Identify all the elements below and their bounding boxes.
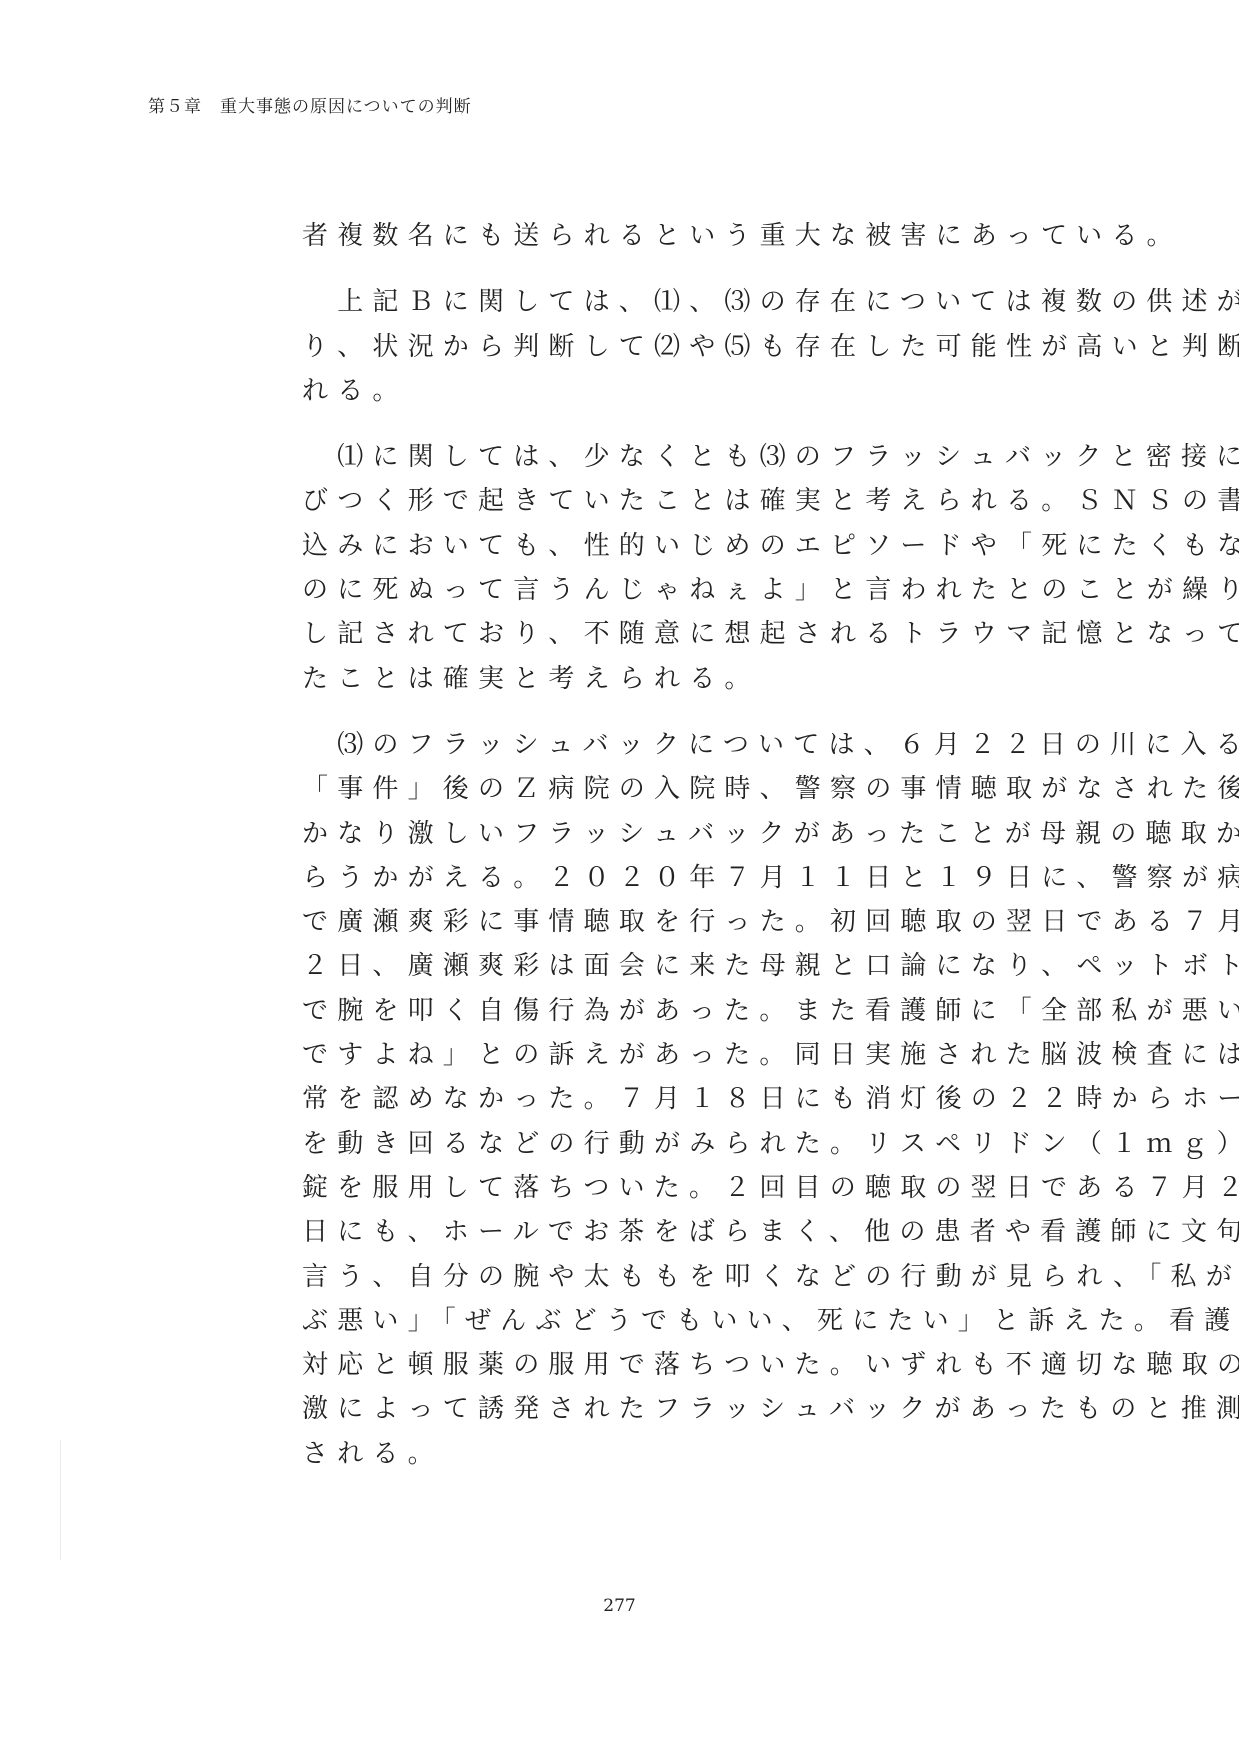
chapter-title: 重大事態の原因についての判断 — [220, 97, 472, 117]
running-header: 第５章重大事態の原因についての判断 — [148, 92, 472, 117]
text-line: れる。 — [302, 369, 1052, 413]
text-line: かなり激しいフラッシュバックがあったことが母親の聴取か — [302, 812, 1052, 856]
chapter-label: 第５章 — [148, 97, 202, 117]
text-line: ２日、廣瀬爽彩は面会に来た母親と口論になり、ペットボトル — [302, 944, 1052, 988]
paragraph-gap — [302, 701, 1052, 723]
text-line: される。 — [302, 1432, 1052, 1476]
text-line: 日にも、ホールでお茶をばらまく、他の患者や看護師に文句を — [302, 1210, 1052, 1254]
paragraph: 者複数名にも送られるという重大な被害にあっている。 — [302, 214, 1052, 258]
text-line: 者複数名にも送られるという重大な被害にあっている。 — [302, 214, 1052, 258]
body-text: 者複数名にも送られるという重大な被害にあっている。 上記Ｂに関しては、⑴、⑶の存… — [302, 214, 1052, 1476]
text-line: 言う、自分の腕や太ももを叩くなどの行動が見られ、「私がぜん — [302, 1255, 1052, 1299]
paragraph-gap — [302, 258, 1052, 280]
text-line: 対応と頓服薬の服用で落ちついた。いずれも不適切な聴取の刺 — [302, 1343, 1052, 1387]
text-line: 込みにおいても、性的いじめのエピソードや「死にたくもない — [302, 524, 1052, 568]
text-line: 上記Ｂに関しては、⑴、⑶の存在については複数の供述があ — [302, 280, 1052, 324]
text-line: で廣瀬爽彩に事情聴取を行った。初回聴取の翌日である７月１ — [302, 900, 1052, 944]
paragraph: ⑶のフラッシュバックについては、６月２２日の川に入る 「事件」後のＺ病院の入院時… — [302, 723, 1052, 1476]
text-line: らうかがえる。２０２０年７月１１日と１９日に、警察が病院 — [302, 856, 1052, 900]
text-line: たことは確実と考えられる。 — [302, 657, 1052, 701]
text-line: り、状況から判断して⑵や⑸も存在した可能性が高いと判断さ — [302, 325, 1052, 369]
text-line: し記されており、不随意に想起されるトラウマ記憶となってい — [302, 612, 1052, 656]
text-line: ですよね」との訴えがあった。同日実施された脳波検査には異 — [302, 1033, 1052, 1077]
text-line: 常を認めなかった。７月１８日にも消灯後の２２時からホール — [302, 1077, 1052, 1121]
text-line: 「事件」後のＺ病院の入院時、警察の事情聴取がなされた後で、 — [302, 767, 1052, 811]
text-line: ⑶のフラッシュバックについては、６月２２日の川に入る — [302, 723, 1052, 767]
paragraph: ⑴に関しては、少なくとも⑶のフラッシュバックと密接に結 びつく形で起きていたこと… — [302, 435, 1052, 701]
text-line: を動き回るなどの行動がみられた。リスペリドン（１ｍｇ）１ — [302, 1122, 1052, 1166]
text-line: びつく形で起きていたことは確実と考えられる。ＳＮＳの書き — [302, 479, 1052, 523]
text-line: で腕を叩く自傷行為があった。また看護師に「全部私が悪いん — [302, 989, 1052, 1033]
text-line: のに死ぬって言うんじゃねぇよ」と言われたとのことが繰り返 — [302, 568, 1052, 612]
paragraph-gap — [302, 413, 1052, 435]
scan-margin-line — [60, 1440, 61, 1560]
text-line: ⑴に関しては、少なくとも⑶のフラッシュバックと密接に結 — [302, 435, 1052, 479]
text-line: 激によって誘発されたフラッシュバックがあったものと推測 — [302, 1387, 1052, 1431]
text-line: 錠を服用して落ちついた。２回目の聴取の翌日である７月２０ — [302, 1166, 1052, 1210]
paragraph: 上記Ｂに関しては、⑴、⑶の存在については複数の供述があ り、状況から判断して⑵や… — [302, 280, 1052, 413]
text-line: ぶ悪い」「ぜんぶどうでもいい、死にたい」と訴えた。看護師の — [302, 1299, 1052, 1343]
page-number: 277 — [0, 1596, 1239, 1616]
